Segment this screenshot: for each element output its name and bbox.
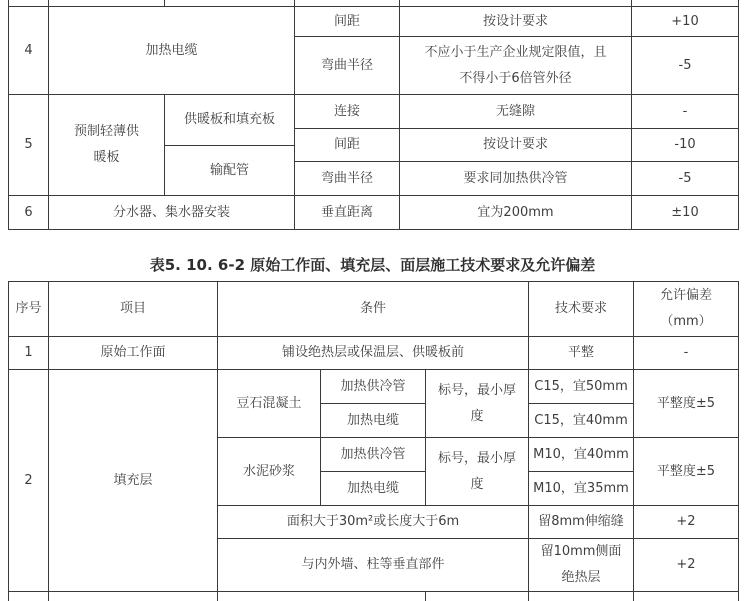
t2-row2-sub5-deviation: +2	[634, 506, 738, 538]
t2-row2-group1-spec: 标号，最小厚度	[426, 370, 528, 437]
t2-row2-group2-sub1-condition: 加热供冷管	[321, 438, 425, 471]
t2-row2-group1-sub1-condition: 加热供冷管	[321, 370, 425, 403]
t1-row5-sub2-condition: 间距	[295, 129, 399, 161]
t1-row5-seq: 5	[9, 95, 48, 195]
table-caption: 表5. 10. 6-2 原始工作面、填充层、面层施工技术要求及允许偏差	[0, 252, 745, 278]
t2-header-deviation-line2: （mm）	[660, 309, 711, 335]
t1-row4-sub1-requirement: 按设计要求	[400, 7, 631, 36]
t1-row5-part2: 输配管	[165, 146, 294, 195]
t2-row2-sub6-deviation: +2	[634, 539, 738, 591]
t1-cutoff-cell	[9, 0, 48, 6]
t1-row4-sub1-condition: 间距	[295, 7, 399, 36]
t1-row5-sub1-requirement: 无缝隙	[400, 95, 631, 128]
t1-row5-sub3-deviation: -5	[632, 162, 738, 195]
t2-row2-group1-sub2-condition: 加热电缆	[321, 404, 425, 437]
t1-row6-item: 分水器、集水器安装	[49, 196, 294, 229]
t2-header-condition: 条件	[218, 282, 528, 336]
t1-row5-sub1-deviation: -	[632, 95, 738, 128]
t1-cutoff-cell	[165, 0, 294, 6]
t2-row2-group1-sub2-requirement: C15，宜40mm	[529, 404, 633, 437]
t2-row1-deviation: -	[634, 337, 738, 369]
t1-cutoff-cell	[632, 0, 738, 6]
t2-header-requirement: 技术要求	[529, 282, 633, 336]
t2-row2-seq: 2	[9, 370, 48, 591]
t1-row4-item: 加热电缆	[49, 7, 294, 94]
t2-row2-group1-sub1-requirement: C15，宜50mm	[529, 370, 633, 403]
t1-row6-sub1-deviation: ±10	[632, 196, 738, 229]
t1-row4-seq: 4	[9, 7, 48, 94]
t2-header-item: 项目	[49, 282, 217, 336]
t2-row2-group2-sub2-requirement: M10，宜35mm	[529, 472, 633, 505]
t1-row5-sub1-condition: 连接	[295, 95, 399, 128]
t1-row6-sub1-requirement: 宜为200mm	[400, 196, 631, 229]
t2-row2-group2-deviation: 平整度±5	[634, 438, 738, 505]
t2-row2-group2-material: 水泥砂浆	[218, 438, 320, 505]
t2-row2-group1-material: 豆石混凝土	[218, 370, 320, 437]
table-upper: 4 加热电缆 间距 按设计要求 +10 弯曲半径 不应小于生产企业规定限值，且不…	[8, 0, 739, 230]
t1-row6-sub1-condition: 垂直距离	[295, 196, 399, 229]
t1-row5-sub3-requirement: 要求同加热供冷管	[400, 162, 631, 195]
t1-row6-seq: 6	[9, 196, 48, 229]
t1-row5-sub2-deviation: -10	[632, 129, 738, 161]
t2-row2-sub5-condition: 面积大于30m²或长度大于6m	[218, 506, 528, 538]
t1-cutoff-cell	[295, 0, 399, 6]
t2-row2-group2-sub2-condition: 加热电缆	[321, 472, 425, 505]
t2-row1-item: 原始工作面	[49, 337, 217, 369]
t2-row2-group1-deviation: 平整度±5	[634, 370, 738, 437]
t1-row5-part1: 供暖板和填充板	[165, 95, 294, 145]
t2-row1-seq: 1	[9, 337, 48, 369]
t1-row5-sub3-condition: 弯曲半径	[295, 162, 399, 195]
t2-row2-group2-sub1-requirement: M10，宜40mm	[529, 438, 633, 471]
t2-row2-item: 填充层	[49, 370, 217, 591]
t2-cutoff-cell	[218, 592, 425, 601]
t2-row2-sub6-requirement: 留10mm侧面绝热层	[529, 539, 633, 591]
t2-row2-sub6-condition: 与内外墙、柱等垂直部件	[218, 539, 528, 591]
t1-row4-sub1-deviation: +10	[632, 7, 738, 36]
t1-cutoff-cell	[49, 0, 164, 6]
t1-row4-sub2-condition: 弯曲半径	[295, 37, 399, 94]
t2-row1-condition: 铺设绝热层或保温层、供暖板前	[218, 337, 528, 369]
t2-header-deviation-line1: 允许偏差	[660, 283, 712, 309]
t2-cutoff-cell	[426, 592, 528, 601]
t1-row5-sub2-requirement: 按设计要求	[400, 129, 631, 161]
t2-row2-group2-spec: 标号，最小厚度	[426, 438, 528, 505]
t2-row1-requirement: 平整	[529, 337, 633, 369]
t1-row4-sub2-requirement: 不应小于生产企业规定限值，且不得小于6倍管外径	[400, 37, 631, 94]
t1-row4-sub2-deviation: -5	[632, 37, 738, 94]
t2-row2-sub5-requirement: 留8mm伸缩缝	[529, 506, 633, 538]
t2-cutoff-cell	[634, 592, 738, 601]
t2-cutoff-cell	[529, 592, 633, 601]
t2-header-seq: 序号	[9, 282, 48, 336]
table-lower: 序号 项目 条件 技术要求 允许偏差 （mm） 1 原始工作面 铺设绝热层或保温…	[8, 281, 739, 601]
t2-cutoff-cell	[9, 592, 48, 601]
t1-row5-item: 预制轻薄供暖板	[49, 95, 164, 195]
t2-cutoff-cell	[49, 592, 217, 601]
t1-cutoff-cell	[400, 0, 631, 6]
t2-header-deviation: 允许偏差 （mm）	[634, 282, 738, 336]
